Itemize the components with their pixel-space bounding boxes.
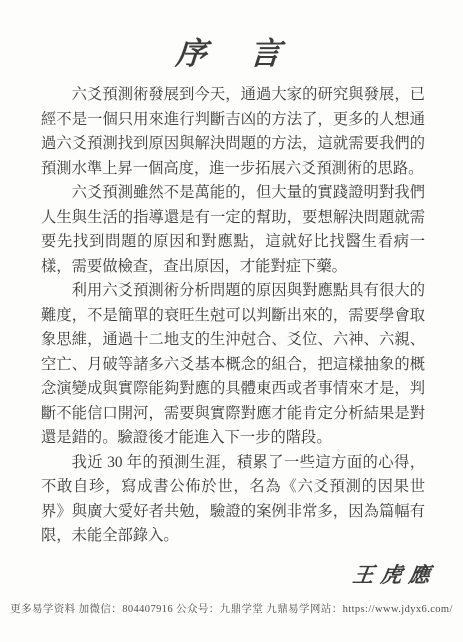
paragraph: 利用六爻預測術分析問題的原因與對應點具有很大的難度，不是簡單的衰旺生尅可以判斷出…	[41, 279, 425, 451]
page-title: 序 言	[0, 28, 463, 73]
author-signature: 王虎應	[351, 559, 439, 589]
scanned-book-page: 序 言 六爻預測術發展到今天，通過大家的研究與發展，已經不是一個只用來進行判斷吉…	[0, 0, 463, 642]
preface-body: 六爻預測術發展到今天，通過大家的研究與發展，已經不是一個只用來進行判斷吉凶的方法…	[41, 83, 425, 549]
footer-watermark: 更多易学资料 加微信：804407916 公众号：九鼎学堂 九鼎易学网站：htt…	[0, 601, 463, 616]
paragraph: 六爻預測雖然不是萬能的，但大量的實踐證明對我們人生與生活的指導還是有一定的幫助，…	[41, 181, 425, 279]
paragraph: 六爻預測術發展到今天，通過大家的研究與發展，已經不是一個只用來進行判斷吉凶的方法…	[41, 83, 425, 181]
paragraph: 我近 30 年的預測生涯，積累了一些這方面的心得，不敢自珍，寫成書公佈於世，名為…	[41, 451, 425, 549]
